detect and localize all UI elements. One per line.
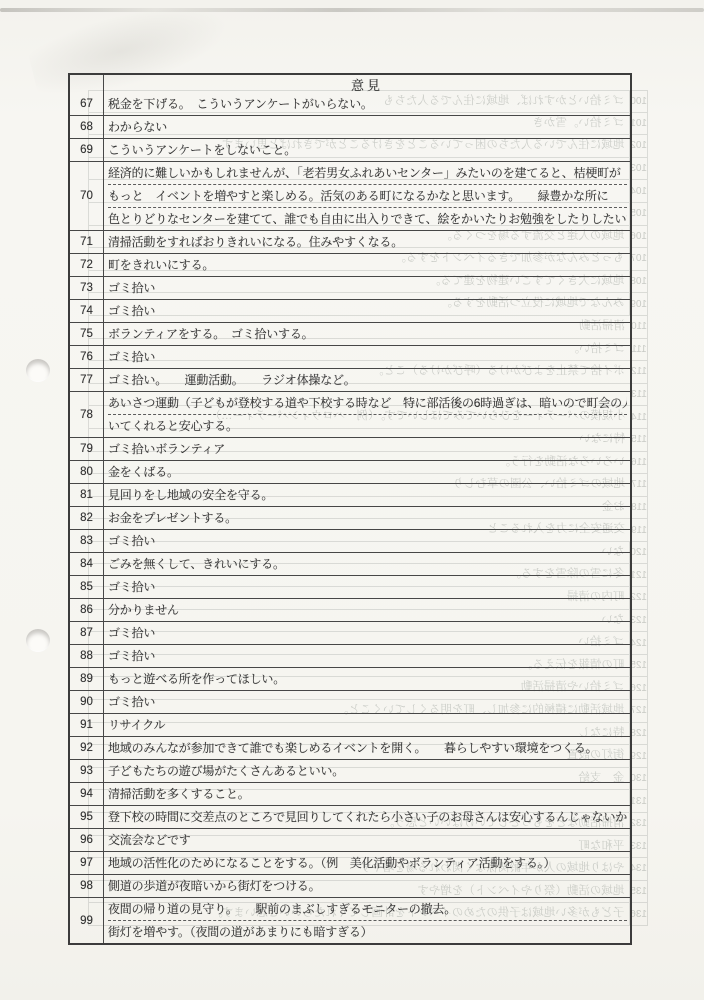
row-opinion: ボランティアをする。 ゴミ拾いする。 <box>104 323 630 345</box>
opinion-line: ゴミ拾い。 運動活動。 ラジオ体操など。 <box>108 369 627 391</box>
row-number: 93 <box>70 760 104 782</box>
opinion-line: 税金を下げる。 こういうアンケートがいらない。 <box>108 93 627 115</box>
bleedthrough-row-number: 110 <box>630 316 647 338</box>
table-row: 84ごみを無くして、きれいにする。 <box>70 552 630 575</box>
row-number: 74 <box>70 300 104 322</box>
opinion-line: こういうアンケートをしないこと。 <box>108 139 627 161</box>
table-row: 91リサイクル <box>70 713 630 736</box>
table-row: 86分かりません <box>70 598 630 621</box>
row-number: 71 <box>70 231 104 253</box>
row-number: 90 <box>70 691 104 713</box>
row-number: 86 <box>70 599 104 621</box>
table-row: 72町をきれいにする。 <box>70 253 630 276</box>
row-opinion: ゴミ拾い <box>104 346 630 368</box>
table-row: 67税金を下げる。 こういうアンケートがいらない。 <box>70 93 630 115</box>
opinion-line: もっと遊べる所を作ってほしい。 <box>108 668 627 690</box>
row-number: 91 <box>70 714 104 736</box>
table-row: 92地域のみんなが参加できて誰でも楽しめるイベントを開く。 暮らしやすい環境をつ… <box>70 736 630 759</box>
row-number: 99 <box>70 898 104 943</box>
row-opinion: ゴミ拾い。 運動活動。 ラジオ体操など。 <box>104 369 630 391</box>
bleedthrough-row-number: 117 <box>630 474 647 496</box>
header-opinion-cell: 意見 <box>104 75 630 93</box>
row-opinion: こういうアンケートをしないこと。 <box>104 139 630 161</box>
row-number: 70 <box>70 162 104 230</box>
row-opinion: 登下校の時間に交差点のところで見回りしてくれたら小さい子のお母さんは安心するんじ… <box>104 806 630 828</box>
survey-table: 意見 67税金を下げる。 こういうアンケートがいらない。68わからない69こうい… <box>68 73 632 945</box>
row-opinion: 税金を下げる。 こういうアンケートがいらない。 <box>104 93 630 115</box>
opinion-line: 色とりどりなセンターを建てて、誰でも自由に出入りできて、絵をかいたりお勉強をした… <box>108 207 627 230</box>
hole-punch-bottom <box>26 629 50 652</box>
row-number: 73 <box>70 277 104 299</box>
row-opinion: ごみを無くして、きれいにする。 <box>104 553 630 575</box>
opinion-line: あいさつ運動（子どもが登校する道や下校する時など 特に部活後の6時過ぎは、暗いの… <box>108 392 627 414</box>
table-row: 71清掃活動をすればおりきれいになる。住みやすくなる。 <box>70 230 630 253</box>
table-row: 89もっと遊べる所を作ってほしい。 <box>70 667 630 690</box>
row-number: 77 <box>70 369 104 391</box>
row-opinion: わからない <box>104 116 630 138</box>
row-opinion: 地域のみんなが参加できて誰でも楽しめるイベントを開く。 暮らしやすい環境をつくる… <box>104 737 630 759</box>
table-row: 79ゴミ拾いボランティア <box>70 437 630 460</box>
bleedthrough-row-number: 115 <box>630 429 647 451</box>
row-number: 82 <box>70 507 104 529</box>
row-opinion: ゴミ拾いボランティア <box>104 438 630 460</box>
row-number: 68 <box>70 116 104 138</box>
table-row: 76ゴミ拾い <box>70 345 630 368</box>
row-number: 87 <box>70 622 104 644</box>
row-number: 88 <box>70 645 104 667</box>
table-row: 70経済的に難しいかもしれませんが、「老若男女ふれあいセンター」みたいのを建てる… <box>70 161 630 230</box>
row-opinion: 清掃活動をすればおりきれいになる。住みやすくなる。 <box>104 231 630 253</box>
opinion-line: ボランティアをする。 ゴミ拾いする。 <box>108 323 627 345</box>
table-row: 87ゴミ拾い <box>70 621 630 644</box>
table-row: 75ボランティアをする。 ゴミ拾いする。 <box>70 322 630 345</box>
opinion-line: ゴミ拾い <box>108 691 627 713</box>
opinion-line: 町をきれいにする。 <box>108 254 627 276</box>
opinion-line: 街灯を増やす。（夜間の道があまりにも暗すぎる） <box>108 920 627 943</box>
table-row: 88ゴミ拾い <box>70 644 630 667</box>
table-row: 82お金をプレゼントする。 <box>70 506 630 529</box>
row-opinion: ゴミ拾い <box>104 300 630 322</box>
row-number: 84 <box>70 553 104 575</box>
row-opinion: 見回りをし地域の安全を守る。 <box>104 484 630 506</box>
bleedthrough-row-number: 114 <box>630 406 647 428</box>
bleedthrough-row-number: 112 <box>630 361 647 383</box>
table-row: 68わからない <box>70 115 630 138</box>
opinion-line: 側道の歩道が夜暗いから街灯をつける。 <box>108 875 627 897</box>
opinion-line: 清掃活動を多くすること。 <box>108 783 627 805</box>
opinion-line: 経済的に難しいかもしれませんが、「老若男女ふれあいセンター」みたいのを建てると、… <box>108 162 627 184</box>
table-row: 95登下校の時間に交差点のところで見回りしてくれたら小さい子のお母さんは安心する… <box>70 805 630 828</box>
opinion-line: お金をプレゼントする。 <box>108 507 627 529</box>
table-row: 97地域の活性化のためになることをする。（例 美化活動やボランティア活動をする。… <box>70 851 630 874</box>
opinion-line: ゴミ拾いボランティア <box>108 438 627 460</box>
row-number: 80 <box>70 461 104 483</box>
row-opinion: 地域の活性化のためになることをする。（例 美化活動やボランティア活動をする。） <box>104 852 630 874</box>
row-opinion: 金をくばる。 <box>104 461 630 483</box>
row-number: 78 <box>70 392 104 437</box>
opinion-line: ゴミ拾い <box>108 346 627 368</box>
row-opinion: ゴミ拾い <box>104 622 630 644</box>
table-row: 98側道の歩道が夜暗いから街灯をつける。 <box>70 874 630 897</box>
opinion-line: リサイクル <box>108 714 627 736</box>
row-number: 67 <box>70 93 104 115</box>
table-row: 93子どもたちの遊び場がたくさんあるといい。 <box>70 759 630 782</box>
row-number: 89 <box>70 668 104 690</box>
opinion-line: 地域の活性化のためになることをする。（例 美化活動やボランティア活動をする。） <box>108 852 627 874</box>
table-row: 99夜間の帰り道の見守り。 駅前のまぶしすぎるモニターの撤去。街灯を増やす。（夜… <box>70 897 630 943</box>
opinion-line: 子どもたちの遊び場がたくさんあるといい。 <box>108 760 627 782</box>
row-opinion: 子どもたちの遊び場がたくさんあるといい。 <box>104 760 630 782</box>
row-number: 79 <box>70 438 104 460</box>
opinion-line: 夜間の帰り道の見守り。 駅前のまぶしすぎるモニターの撤去。 <box>108 898 627 920</box>
row-number: 76 <box>70 346 104 368</box>
scanned-page: { "document": { "header": { "opinion_lab… <box>0 0 704 1000</box>
row-number: 92 <box>70 737 104 759</box>
row-opinion: 夜間の帰り道の見守り。 駅前のまぶしすぎるモニターの撤去。街灯を増やす。（夜間の… <box>104 898 630 943</box>
table-row: 83ゴミ拾い <box>70 529 630 552</box>
bleedthrough-row-number: 111 <box>630 339 647 361</box>
opinion-column-header: 意見 <box>351 75 383 94</box>
row-opinion: ゴミ拾い <box>104 691 630 713</box>
row-opinion: ゴミ拾い <box>104 576 630 598</box>
table-row: 77ゴミ拾い。 運動活動。 ラジオ体操など。 <box>70 368 630 391</box>
table-row: 78あいさつ運動（子どもが登校する道や下校する時など 特に部活後の6時過ぎは、暗… <box>70 391 630 437</box>
header-number-cell <box>70 75 104 93</box>
row-opinion: お金をプレゼントする。 <box>104 507 630 529</box>
bleedthrough-row-number: 118 <box>630 497 647 519</box>
row-opinion: あいさつ運動（子どもが登校する道や下校する時など 特に部活後の6時過ぎは、暗いの… <box>104 392 630 437</box>
row-number: 95 <box>70 806 104 828</box>
row-opinion: 側道の歩道が夜暗いから街灯をつける。 <box>104 875 630 897</box>
row-opinion: リサイクル <box>104 714 630 736</box>
hole-punch-top <box>26 359 50 382</box>
row-number: 81 <box>70 484 104 506</box>
row-opinion: ゴミ拾い <box>104 645 630 667</box>
table-row: 90ゴミ拾い <box>70 690 630 713</box>
row-number: 83 <box>70 530 104 552</box>
bleedthrough-row-number: 113 <box>630 384 647 406</box>
row-number: 96 <box>70 829 104 851</box>
opinion-line: ゴミ拾い <box>108 277 627 299</box>
row-opinion: もっと遊べる所を作ってほしい。 <box>104 668 630 690</box>
table-row: 96交流会などです <box>70 828 630 851</box>
opinion-line: 見回りをし地域の安全を守る。 <box>108 484 627 506</box>
opinion-line: 交流会などです <box>108 829 627 851</box>
opinion-line: 清掃活動をすればおりきれいになる。住みやすくなる。 <box>108 231 627 253</box>
opinion-line: 地域のみんなが参加できて誰でも楽しめるイベントを開く。 暮らしやすい環境をつくる… <box>108 737 627 759</box>
row-number: 85 <box>70 576 104 598</box>
table-row: 73ゴミ拾い <box>70 276 630 299</box>
opinion-line: もっと イベントを増やすと楽しめる。活気のある町になるかなと思います。 緑豊かな… <box>108 184 627 207</box>
opinion-line: ごみを無くして、きれいにする。 <box>108 553 627 575</box>
opinion-line: 登下校の時間に交差点のところで見回りしてくれたら小さい子のお母さんは安心するんじ… <box>108 806 627 828</box>
opinion-line: いてくれると安心する。 <box>108 414 627 437</box>
row-opinion: 町をきれいにする。 <box>104 254 630 276</box>
table-row: 80金をくばる。 <box>70 460 630 483</box>
row-number: 98 <box>70 875 104 897</box>
table-row: 94清掃活動を多くすること。 <box>70 782 630 805</box>
row-opinion: ゴミ拾い <box>104 530 630 552</box>
opinion-line: 分かりません <box>108 599 627 621</box>
opinion-line: ゴミ拾い <box>108 300 627 322</box>
opinion-line: ゴミ拾い <box>108 645 627 667</box>
row-number: 72 <box>70 254 104 276</box>
table-row: 69こういうアンケートをしないこと。 <box>70 138 630 161</box>
bleedthrough-row-number: 116 <box>630 452 647 474</box>
opinion-line: ゴミ拾い <box>108 576 627 598</box>
scanner-edge-artifact <box>0 8 704 12</box>
row-number: 75 <box>70 323 104 345</box>
table-row: 85ゴミ拾い <box>70 575 630 598</box>
table-row: 74ゴミ拾い <box>70 299 630 322</box>
table-header-row: 意見 <box>70 75 630 93</box>
opinion-line: ゴミ拾い <box>108 530 627 552</box>
opinion-line: わからない <box>108 116 627 138</box>
bleedthrough-row-number: 119 <box>630 519 647 541</box>
row-number: 69 <box>70 139 104 161</box>
row-opinion: 交流会などです <box>104 829 630 851</box>
row-number: 94 <box>70 783 104 805</box>
row-number: 97 <box>70 852 104 874</box>
opinion-line: ゴミ拾い <box>108 622 627 644</box>
row-opinion: 分かりません <box>104 599 630 621</box>
row-opinion: 清掃活動を多くすること。 <box>104 783 630 805</box>
row-opinion: 経済的に難しいかもしれませんが、「老若男女ふれあいセンター」みたいのを建てると、… <box>104 162 630 230</box>
opinion-line: 金をくばる。 <box>108 461 627 483</box>
row-opinion: ゴミ拾い <box>104 277 630 299</box>
table-row: 81見回りをし地域の安全を守る。 <box>70 483 630 506</box>
